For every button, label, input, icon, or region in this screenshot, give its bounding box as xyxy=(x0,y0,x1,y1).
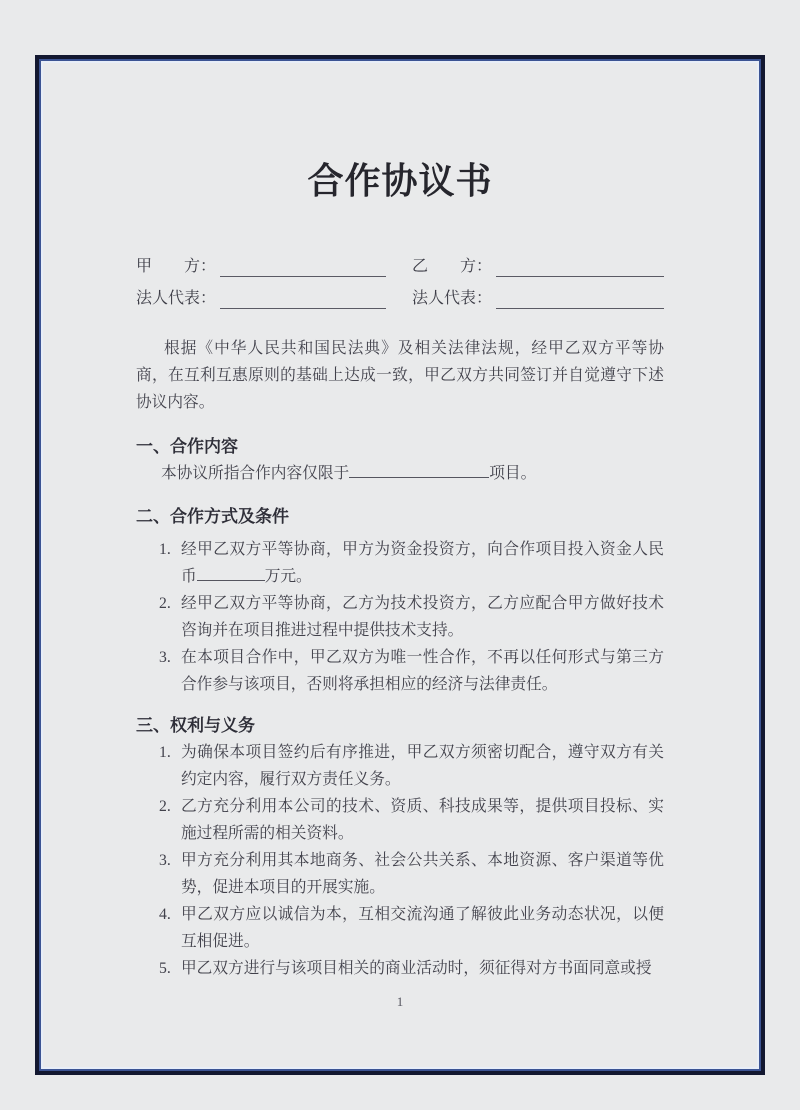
amount-blank-line xyxy=(197,568,265,581)
party-b-blank-line xyxy=(496,251,664,277)
party-b-representative-blank-line xyxy=(496,283,664,309)
document-page: 合作协议书 甲 方： 乙 方： 法人代表： 法人代表： xyxy=(35,55,765,1075)
section-1-line: 本协议所指合作内容仅限于项目。 xyxy=(136,460,664,487)
section-1-text-post: 项目。 xyxy=(489,465,536,482)
party-a-blank-line xyxy=(220,251,386,277)
list-item: 2. 乙方充分利用本公司的技术、资质、科技成果等，提供项目投标、实施过程所需的相… xyxy=(136,793,664,847)
party-b-label: 乙 方： xyxy=(412,251,492,283)
party-row-main: 甲 方： 乙 方： xyxy=(136,251,664,283)
item-text: 经甲乙双方平等协商，乙方为技术投资方，乙方应配合甲方做好技术咨询并在项目推进过程… xyxy=(181,590,664,644)
list-item: 5. 甲乙双方进行与该项目相关的商业活动时，须征得对方书面同意或授 xyxy=(136,955,664,982)
section-2-heading: 二、合作方式及条件 xyxy=(136,503,664,530)
party-row-representatives: 法人代表： 法人代表： xyxy=(136,283,664,315)
party-b-representative-label: 法人代表： xyxy=(412,283,492,315)
item-text: 为确保本项目签约后有序推进，甲乙双方须密切配合，遵守双方有关约定内容，履行双方责… xyxy=(181,739,664,793)
item-number: 3. xyxy=(159,847,181,901)
section-2-item-list: 1. 经甲乙双方平等协商，甲方为资金投资方，向合作项目投入资金人民币万元。 2.… xyxy=(136,536,664,698)
section-1-text-pre: 本协议所指合作内容仅限于 xyxy=(161,465,349,482)
item-text: 乙方充分利用本公司的技术、资质、科技成果等，提供项目投标、实施过程所需的相关资料… xyxy=(181,793,664,847)
list-item: 1. 经甲乙双方平等协商，甲方为资金投资方，向合作项目投入资金人民币万元。 xyxy=(136,536,664,590)
item-text: 经甲乙双方平等协商，甲方为资金投资方，向合作项目投入资金人民币万元。 xyxy=(181,536,664,590)
item-number: 4. xyxy=(159,901,181,955)
party-b-field: 乙 方： xyxy=(412,251,664,283)
item-number: 1. xyxy=(159,739,181,793)
list-item: 2. 经甲乙双方平等协商，乙方为技术投资方，乙方应配合甲方做好技术咨询并在项目推… xyxy=(136,590,664,644)
document-content: 合作协议书 甲 方： 乙 方： 法人代表： 法人代表： xyxy=(39,59,761,1071)
document-title: 合作协议书 xyxy=(136,159,664,203)
list-item: 4. 甲乙双方应以诚信为本，互相交流沟通了解彼此业务动态状况，以便互相促进。 xyxy=(136,901,664,955)
item-number: 5. xyxy=(159,955,181,982)
list-item: 3. 甲方充分利用其本地商务、社会公共关系、本地资源、客户渠道等优势，促进本项目… xyxy=(136,847,664,901)
item-number: 1. xyxy=(159,536,181,590)
item-number: 3. xyxy=(159,644,181,698)
party-b-representative-field: 法人代表： xyxy=(412,283,664,315)
item-text-post: 万元。 xyxy=(265,568,312,585)
item-text: 甲乙双方应以诚信为本，互相交流沟通了解彼此业务动态状况，以便互相促进。 xyxy=(181,901,664,955)
page-number: 1 xyxy=(136,989,664,1015)
party-a-label: 甲 方： xyxy=(136,251,216,283)
item-number: 2. xyxy=(159,793,181,847)
item-text: 甲乙双方进行与该项目相关的商业活动时，须征得对方书面同意或授 xyxy=(181,955,664,982)
party-a-representative-label: 法人代表： xyxy=(136,283,216,315)
item-text: 在本项目合作中，甲乙双方为唯一性合作，不再以任何形式与第三方合作参与该项目，否则… xyxy=(181,644,664,698)
party-a-representative-blank-line xyxy=(220,283,386,309)
project-blank-line xyxy=(349,465,489,478)
party-a-field: 甲 方： xyxy=(136,251,386,283)
list-item: 1. 为确保本项目签约后有序推进，甲乙双方须密切配合，遵守双方有关约定内容，履行… xyxy=(136,739,664,793)
section-3-heading: 三、权利与义务 xyxy=(136,712,664,739)
list-item: 3. 在本项目合作中，甲乙双方为唯一性合作，不再以任何形式与第三方合作参与该项目… xyxy=(136,644,664,698)
party-a-representative-field: 法人代表： xyxy=(136,283,386,315)
party-fields: 甲 方： 乙 方： 法人代表： 法人代表： xyxy=(136,251,664,315)
section-3-item-list: 1. 为确保本项目签约后有序推进，甲乙双方须密切配合，遵守双方有关约定内容，履行… xyxy=(136,739,664,982)
item-number: 2. xyxy=(159,590,181,644)
intro-paragraph: 根据《中华人民共和国民法典》及相关法律法规，经甲乙双方平等协商，在互利互惠原则的… xyxy=(136,335,664,416)
item-text: 甲方充分利用其本地商务、社会公共关系、本地资源、客户渠道等优势，促进本项目的开展… xyxy=(181,847,664,901)
section-1-heading: 一、合作内容 xyxy=(136,433,664,460)
